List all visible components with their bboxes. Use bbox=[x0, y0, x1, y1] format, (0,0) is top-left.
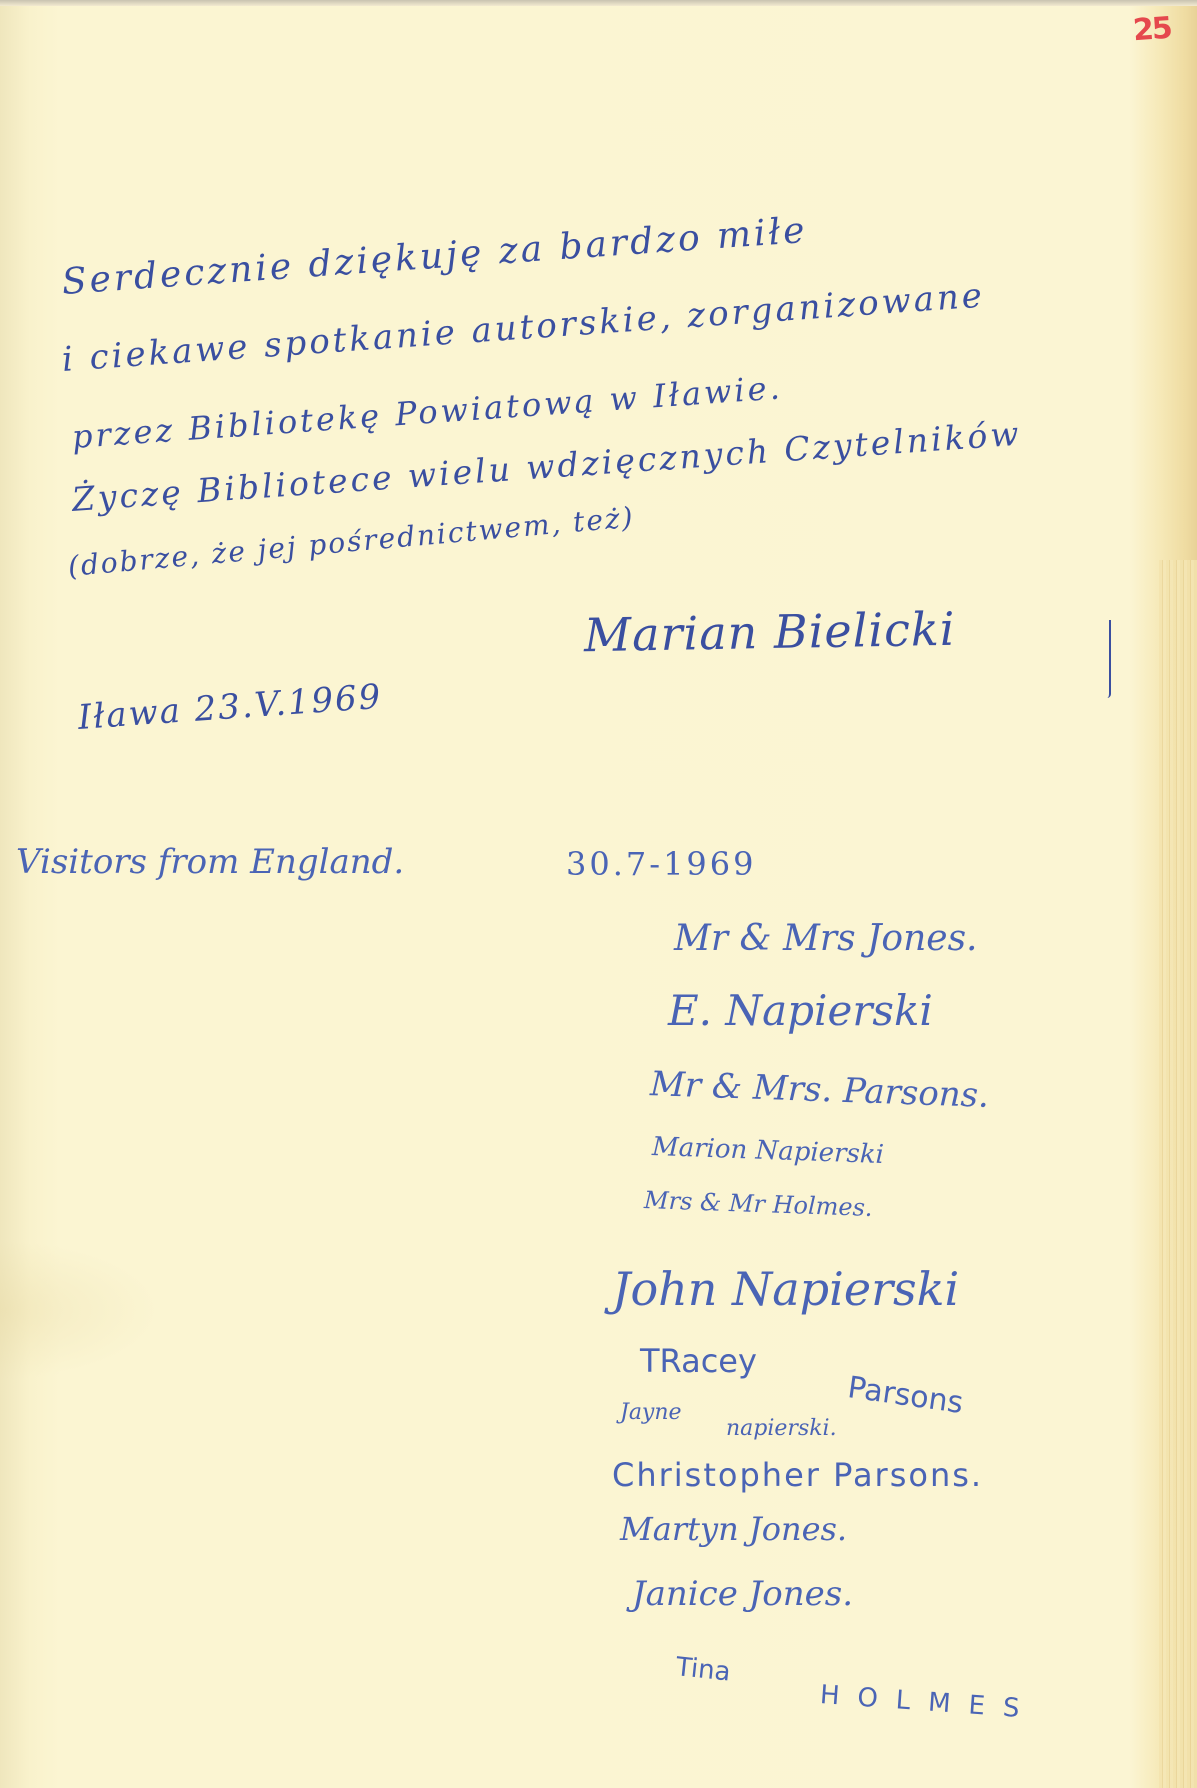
guestbook-page: 25 Serdecznie dziękuję za bardzo miłe i … bbox=[0, 0, 1197, 1788]
guest-signature: Marion Napierski bbox=[652, 1132, 885, 1170]
signature-flourish bbox=[1105, 620, 1111, 698]
guest-signature: Mr & Mrs. Parsons. bbox=[649, 1064, 989, 1116]
guest-signature: Jayne bbox=[620, 1400, 682, 1425]
guest-signature: John Napierski bbox=[612, 1262, 959, 1316]
paper-stain bbox=[0, 1240, 160, 1380]
guest-signature: Parsons bbox=[846, 1370, 966, 1421]
guest-signature: E. Napierski bbox=[668, 986, 933, 1035]
guest-signature: Martyn Jones. bbox=[620, 1510, 847, 1548]
guest-signature: TRacey bbox=[640, 1342, 757, 1380]
guest-signature: napierski. bbox=[726, 1416, 837, 1441]
author-signature: Marian Bielicki bbox=[584, 602, 956, 662]
guest-signature: Tina bbox=[674, 1652, 732, 1688]
page-top-edge bbox=[0, 0, 1197, 6]
entry-line: Serdecznie dziękuję za bardzo miłe bbox=[61, 210, 809, 303]
guest-signature: HOLMES bbox=[819, 1680, 1038, 1725]
page-number: 25 bbox=[1132, 11, 1172, 49]
visitors-heading: Visitors from England. bbox=[16, 842, 404, 882]
guest-signature: Christopher Parsons. bbox=[612, 1456, 983, 1494]
entry-date: Iława 23.V.1969 bbox=[77, 677, 384, 738]
guest-signature: Janice Jones. bbox=[632, 1574, 853, 1614]
guest-signature: Mrs & Mr Holmes. bbox=[644, 1186, 873, 1222]
visit-date: 30.7-1969 bbox=[566, 845, 757, 883]
book-page-edges bbox=[1159, 560, 1197, 1788]
guest-signature: Mr & Mrs Jones. bbox=[674, 918, 978, 959]
